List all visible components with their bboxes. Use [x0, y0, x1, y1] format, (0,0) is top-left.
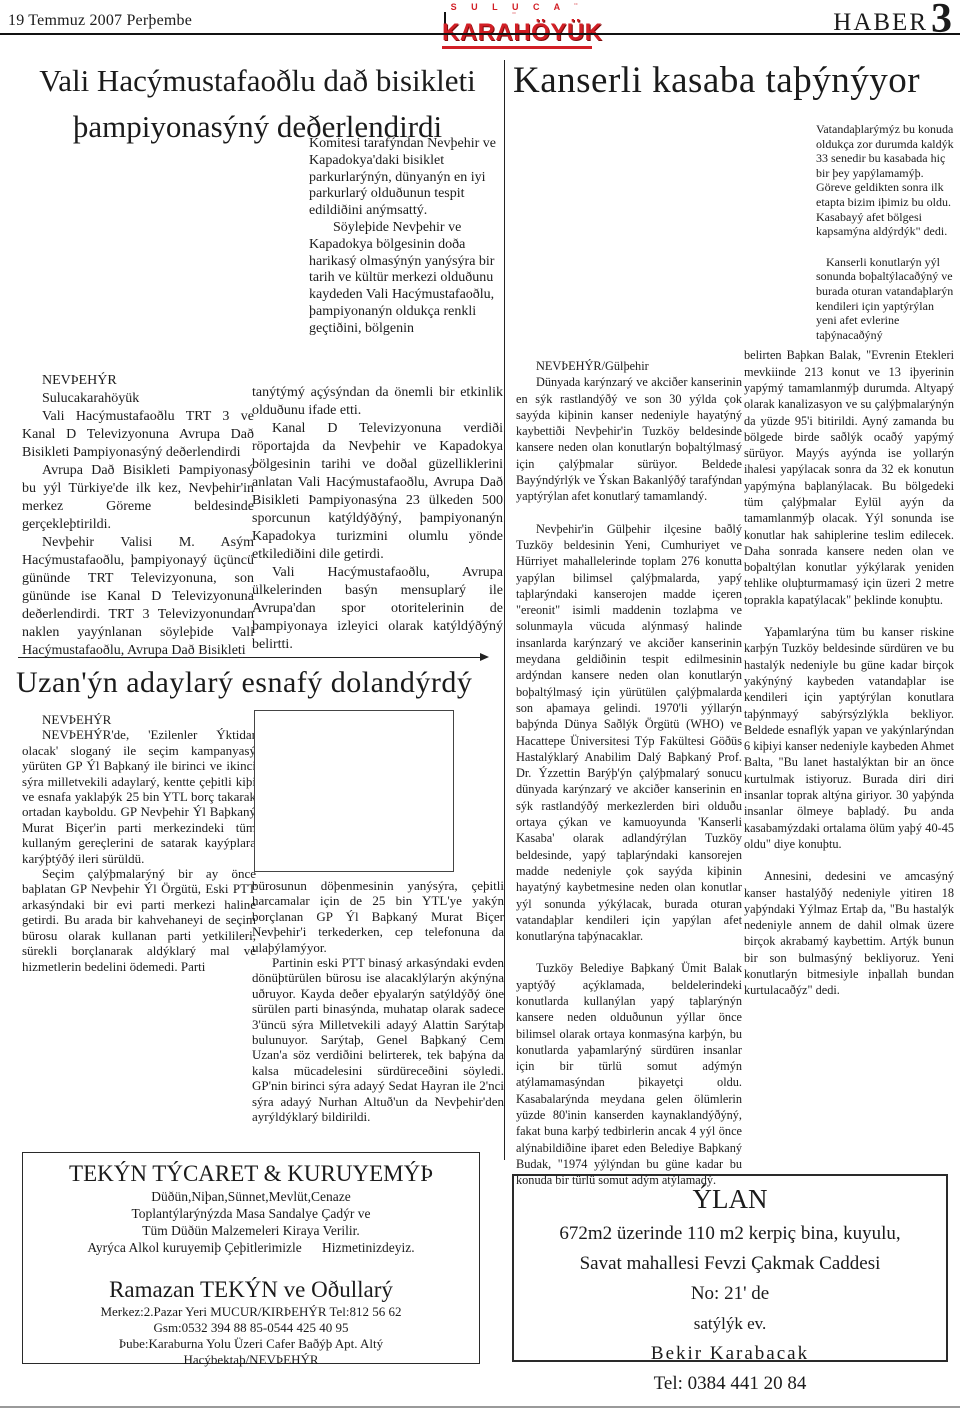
uzan-article-photo-placeholder	[254, 710, 454, 872]
paragraph: Vali Hacýmustafaoðlu TRT 3 ve Kanal D Te…	[22, 408, 254, 462]
paragraph: Savat mahallesi Fevzi Çakmak Caddesi	[514, 1253, 946, 1274]
tekin-ad-owner: Ramazan TEKÝN ve Oðullarý	[23, 1277, 479, 1303]
paragraph: 672m2 üzerinde 110 m2 kerpiç bina, kuyul…	[514, 1223, 946, 1244]
tekin-ad-title: TEKÝN TÝCARET & KURUYEMÝÞ	[23, 1161, 479, 1187]
paragraph: NEVÞEHÝR	[22, 712, 256, 727]
kanser-article-column-2: Vatandaþlarýmýz bu konuda oldukça zor du…	[744, 122, 954, 999]
page-date: 19 Temmuz 2007 Perþembe	[8, 12, 192, 30]
paragraph: NEVÞEHÝR'de, 'Ezilenler Ýktidar olacak' …	[22, 727, 256, 866]
paragraph: Düðün,Niþan,Sünnet,Mevlüt,Cenaze	[23, 1189, 479, 1204]
section-header: HABER 3	[833, 2, 952, 36]
paragraph: Þube:Karaburna Yolu Üzeri Cafer Baðýþ Ap…	[23, 1336, 479, 1351]
separator-arrow-icon	[480, 653, 489, 661]
vali-article-intro-column: Komitesi tarafýndan Nevþehir ve Kapadoky…	[309, 136, 503, 338]
section-vertical-rule	[504, 60, 505, 1160]
paragraph: Komitesi tarafýndan Nevþehir ve Kapadoky…	[309, 136, 503, 220]
ilan-advertisement: ÝLAN 672m2 üzerinde 110 m2 kerpiç bina, …	[512, 1174, 948, 1362]
kanser-article-column-2-body: belirten Baþkan Balak, "Evrenin Etekleri…	[744, 347, 954, 998]
paragraph: Tuzköy Belediye Baþkaný Ümit Balak yaptý…	[516, 960, 742, 1188]
paragraph: Vatandaþlarýmýz bu konuda oldukça zor du…	[816, 122, 954, 239]
ilan-ad-title: ÝLAN	[514, 1184, 946, 1214]
paragraph: Kanal D Televizyonuna verdiði röportajda…	[252, 420, 503, 564]
paragraph: Toplantýlarýnýzda Masa Sandalye Çadýr ve	[23, 1206, 479, 1221]
paragraph: satýlýk ev.	[514, 1313, 946, 1334]
paragraph: Partinin eski PTT binasý arkasýndaki evd…	[252, 955, 504, 1124]
uzan-article-headline: Uzan'ýn adaylarý esnafý dolandýrdý	[16, 664, 504, 702]
page-number: 3	[931, 2, 952, 36]
kanser-article-headline: Kanserli kasaba taþýnýyor	[513, 60, 953, 102]
paragraph: Dünyada karýnzarý ve akciðer kanserinin …	[516, 374, 742, 504]
header-rule	[0, 33, 960, 35]
kanser-article-intro: Vatandaþlarýmýz bu konuda oldukça zor du…	[816, 122, 954, 342]
paragraph: Sulucakarahöyük	[22, 390, 254, 408]
paragraph: NEVÞEHÝR/Gülþehir	[516, 358, 742, 374]
tekin-ad-contact: Merkez:2.Pazar Yeri MUCUR/KIRÞEHÝR Tel:8…	[23, 1304, 479, 1367]
paragraph: Ayrýca Alkol kuruyemiþ Çeþitlerimizle Hi…	[23, 1240, 479, 1255]
page-bottom-rule	[0, 1406, 960, 1408]
paragraph: Tüm Düðün Malzemeleri Kiraya Verilir.	[23, 1223, 479, 1238]
paragraph: Söyleþide Nevþehir ve Kapadokya bölgesin…	[309, 220, 503, 338]
vali-article-column-1: NEVÞEHÝRSulucakarahöyükVali Hacýmustafao…	[22, 372, 254, 660]
paragraph: Hacýbektaþ/NEVÞEHÝR	[23, 1352, 479, 1367]
paragraph: Annesini, dedesini ve amcasýný kanser ha…	[744, 868, 954, 998]
paragraph: Seçim çalýþmalarýný bir ay önce baþlatan…	[22, 866, 256, 974]
newspaper-logo: S U L U C A ¨ ¨ KARAHÖYÜK	[442, 3, 592, 49]
paragraph: belirten Baþkan Balak, "Evrenin Etekleri…	[744, 347, 954, 608]
paragraph: tanýtýmý açýsýndan da önemli bir etkinli…	[252, 384, 503, 420]
newspaper-page: 19 Temmuz 2007 Perþembe S U L U C A ¨ ¨ …	[0, 0, 960, 1416]
paragraph: Merkez:2.Pazar Yeri MUCUR/KIRÞEHÝR Tel:8…	[23, 1304, 479, 1319]
tekin-advertisement: TEKÝN TÝCARET & KURUYEMÝÞ Düðün,Niþan,Sü…	[22, 1152, 480, 1364]
paragraph: Gsm:0532 394 88 85-0544 425 40 95	[23, 1320, 479, 1335]
paragraph: Kanserli konutlarýn yýl sonunda boþaltýl…	[816, 255, 954, 343]
paragraph: NEVÞEHÝR	[22, 372, 254, 390]
uzan-article-column-1: NEVÞEHÝRNEVÞEHÝR'de, 'Ezilenler Ýktidar …	[22, 712, 256, 974]
paragraph: Yaþamlarýna tüm bu kanser riskine karþýn…	[744, 624, 954, 852]
tekin-ad-services: Düðün,Niþan,Sünnet,Mevlüt,CenazeToplantý…	[23, 1189, 479, 1255]
ilan-ad-lines: 672m2 üzerinde 110 m2 kerpiç bina, kuyul…	[514, 1223, 946, 1394]
paragraph: bürosunun döþenmesinin yanýsýra, çeþitli…	[252, 878, 504, 955]
paragraph: Tel: 0384 441 20 84	[514, 1373, 946, 1394]
paragraph: Nevþehir'in Gülþehir ilçesine baðlý Tuzk…	[516, 521, 742, 945]
logo-underline	[442, 46, 592, 49]
paragraph: Vali Hacýmustafaoðlu, Avrupa ülkelerinde…	[252, 564, 503, 654]
paragraph: No: 21' de	[514, 1283, 946, 1304]
vali-article-column-2: tanýtýmý açýsýndan da önemli bir etkinli…	[252, 384, 503, 654]
kanser-article-column-1: NEVÞEHÝR/GülþehirDünyada karýnzarý ve ak…	[516, 358, 742, 1189]
paragraph: Avrupa Dað Bisikleti Þampiyonasý bu yýl …	[22, 462, 254, 534]
paragraph: Nevþehir Valisi M. Asým Hacýmustafaoðlu,…	[22, 534, 254, 660]
paragraph: Bekir Karabacak	[514, 1343, 946, 1364]
article-separator-line	[18, 657, 480, 658]
uzan-article-column-2: bürosunun döþenmesinin yanýsýra, çeþitli…	[252, 878, 504, 1125]
